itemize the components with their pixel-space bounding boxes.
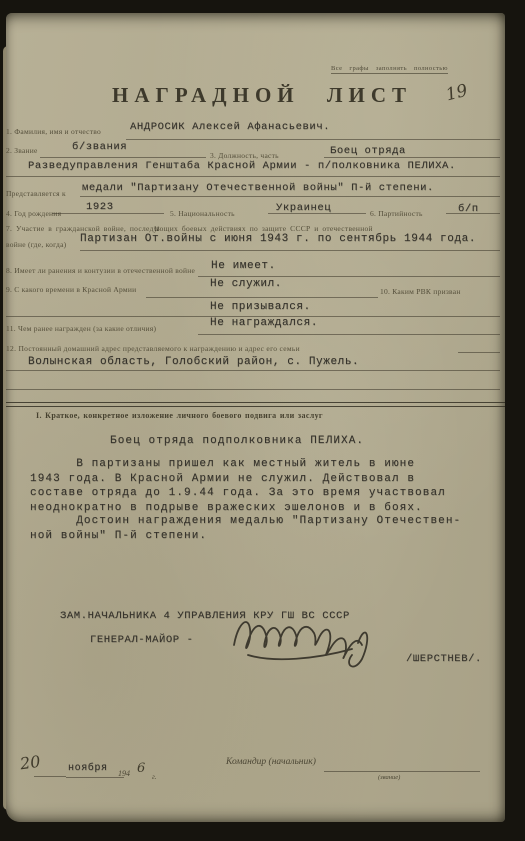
- signer-surname: /ШЕРСТНЕВ/.: [406, 653, 482, 665]
- citation-section-title: I. Краткое, конкретное изложение личного…: [36, 411, 323, 420]
- field-6-label: 6. Партийность: [370, 209, 423, 218]
- handwritten-signature: [224, 607, 376, 673]
- field-7-label-line1: 7. Участие в гражданской войне, последую…: [6, 224, 373, 233]
- signer-rank-line: ГЕНЕРАЛ-МАЙОР -: [90, 634, 194, 646]
- field-8-value: Не имеет.: [211, 260, 276, 272]
- ruled-line: [146, 297, 378, 298]
- citation-paragraph-1: В партизаны пришел как местный житель в …: [30, 457, 446, 515]
- section-divider: [6, 402, 505, 403]
- field-3-label: 3. Должность, часть: [210, 151, 279, 160]
- ruled-line: [324, 771, 480, 772]
- field-9-value: Не служил.: [210, 278, 282, 290]
- ruled-line: [52, 213, 164, 214]
- award-sheet-document: Все графы заполнять полностью НАГРАДНОЙ …: [6, 13, 505, 822]
- citation-paragraph-2: Достоин награждения медалью "Партизану О…: [30, 514, 461, 543]
- scanned-document-background: Все графы заполнять полностью НАГРАДНОЙ …: [0, 0, 525, 841]
- field-2-label: 2. Звание: [6, 146, 38, 155]
- ruled-line: [6, 370, 500, 371]
- field-5-label: 5. Национальность: [170, 209, 235, 218]
- ruled-line: [198, 334, 500, 335]
- document-title: НАГРАДНОЙ ЛИСТ: [112, 83, 412, 108]
- ruled-line: [80, 250, 500, 251]
- ruled-line: [34, 776, 66, 777]
- ruled-line: [40, 157, 206, 158]
- field-2-value: б/звания: [72, 141, 127, 153]
- field-11-label: 11. Чем ранее награжден (за какие отличи…: [6, 324, 156, 333]
- field-7-value: Партизан От.войны с июня 1943 г. по сент…: [80, 233, 476, 245]
- field-12-value: Волынская область, Голобский район, с. П…: [28, 356, 359, 368]
- field-4-value: 1923: [86, 201, 114, 213]
- ruled-line: [6, 176, 500, 177]
- field-12-label: 12. Постоянный домашний адрес представля…: [6, 344, 300, 353]
- date-day-handwritten: 20: [19, 752, 42, 774]
- ruled-line: [6, 389, 500, 390]
- ruled-line: [198, 276, 500, 277]
- rank-caption: (звание): [378, 774, 400, 781]
- field-3-value-line1: Боец отряда: [330, 145, 406, 157]
- section-divider: [6, 406, 505, 407]
- field-1-value: АНДРОСИК Алексей Афанасьевич.: [130, 121, 330, 133]
- citation-subject-line: Боец отряда подполковника ПЕЛИХА.: [110, 434, 364, 449]
- ruled-line: [126, 139, 500, 140]
- date-year-handwritten: 6: [137, 761, 145, 776]
- ruled-line: [268, 213, 366, 214]
- commander-label: Командир (начальник): [226, 757, 316, 767]
- fill-instruction-note: Все графы заполнять полностью: [331, 65, 448, 74]
- presented-to-value: медали "Партизану Отечественной войны" П…: [82, 182, 434, 194]
- field-10-label: 10. Каким РВК призван: [380, 287, 461, 296]
- field-10-value: Не призывался.: [210, 301, 311, 313]
- field-9-label: 9. С какого времени в Красной Армии: [6, 285, 136, 294]
- field-11-value: Не награждался.: [210, 317, 318, 329]
- field-3-value-line2: Разведуправления Генштаба Красной Армии …: [28, 160, 456, 172]
- date-month: ноября: [68, 763, 108, 774]
- ruled-line: [324, 157, 500, 158]
- field-8-label: 8. Имеет ли ранения и контузии в отечест…: [6, 266, 195, 275]
- date-year-suffix: г.: [152, 773, 156, 781]
- field-1-label: 1. Фамилия, имя и отчество: [6, 127, 101, 136]
- ruled-line: [446, 213, 500, 214]
- ruled-line: [66, 777, 124, 778]
- ruled-line: [458, 352, 500, 353]
- page-number-handwritten: 19: [444, 81, 470, 106]
- field-7-label-line2: войне (где, когда): [6, 240, 66, 249]
- handwritten-correction: и: [154, 224, 159, 233]
- date-year-printed: 194: [118, 769, 130, 778]
- ruled-line: [80, 196, 500, 197]
- presented-to-label: Представляется к: [6, 189, 66, 198]
